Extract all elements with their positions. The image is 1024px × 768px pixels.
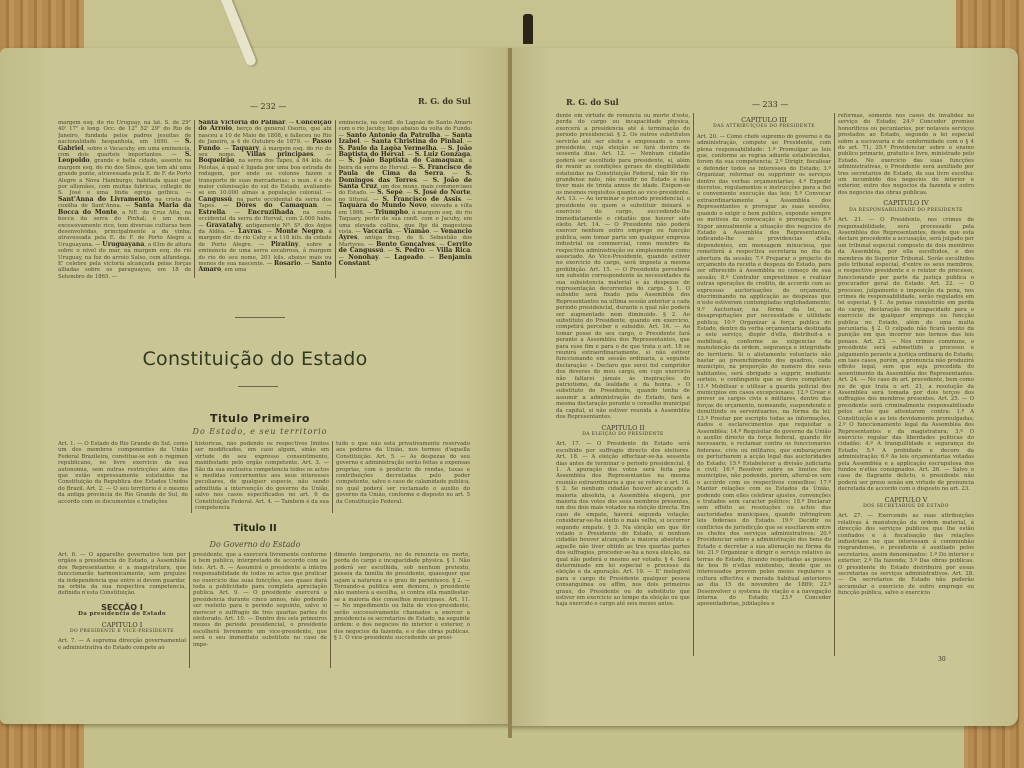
place-name: Vaccaria	[363, 228, 392, 235]
titulo-primeiro-columns: Art. 1. — O Estado do Rio Grande do Sul,…	[58, 441, 472, 513]
body-text: , a 63m de altura sobre o nivel do mar, …	[58, 242, 191, 278]
place-name: Encruzilhada	[248, 209, 294, 216]
titulo-primeiro-heading: Titulo Primeiro	[160, 412, 360, 425]
divider-rule	[235, 317, 285, 318]
art-6-text: Art. 6. — O apparelho governativo tem po…	[58, 552, 186, 597]
chapter-heading: CAPITULO II	[556, 425, 690, 431]
article-text: dente em virtude de renuncia ou morte d'…	[556, 113, 690, 421]
body-text: . —	[423, 255, 438, 261]
place-name: Cangussú	[198, 196, 232, 203]
place-name: Boqueirão	[198, 157, 234, 164]
body-text: . —	[461, 197, 472, 203]
article-text: Art. 27. — Exercendo as suas attribuiçõe…	[838, 513, 974, 596]
signature-mark: 30	[938, 656, 946, 663]
left-top-column-1: margem esq. do rio Uruguay, na lat. S. d…	[58, 120, 194, 278]
titulo-ii-column-2: presidente, que a exercerá livremente co…	[189, 552, 330, 668]
body-text: . —	[261, 229, 275, 235]
body-text: . —	[220, 146, 231, 152]
chapter-heading: CAPITULO IV	[838, 200, 974, 206]
place-name: Monte Negro	[275, 228, 323, 235]
chapter-heading: CAPITULO V	[838, 497, 974, 503]
chapter-heading: CAPITULO III	[697, 117, 831, 123]
place-name: Triumpho	[374, 209, 408, 216]
place-name: Uruguayana	[102, 241, 144, 248]
right-column-3: reformas, sómente nos casos de invalidez…	[834, 113, 974, 656]
body-text: . —	[317, 203, 332, 209]
chapter-subtitle: DA ELEIÇÃO DO PRESIDENTE	[556, 432, 690, 438]
titulo-ii-column-1: Art. 6. — O apparelho governativo tem po…	[58, 552, 189, 668]
body-text: . —	[392, 229, 403, 235]
left-top-columns: margem esq. do rio Uruguay, na lat. S. d…	[58, 120, 472, 278]
place-name: Estrella	[198, 209, 225, 216]
chapter-subtitle: DA RESPONSABILIDADE DO PRESIDENTE	[838, 208, 974, 214]
binder-clip	[523, 14, 533, 44]
left-running-head: R. G. do Sul	[418, 96, 471, 106]
titulo-primeiro-subtitle: Do Estado, e seu territorio	[160, 427, 360, 436]
capitulo-i-heading: CAPITULO I	[58, 622, 186, 628]
titulo-ii-subtitle: Do Governo do Estado	[170, 540, 340, 549]
body-text: . —	[425, 248, 437, 254]
place-name: Rosario	[274, 260, 301, 267]
art-7-text: Art. 7. — A suprema direcção governament…	[58, 638, 186, 651]
seccao-subtitle: Da presidencia do Estado	[58, 611, 186, 617]
body-text: . —	[379, 255, 394, 261]
titulo-primeiro-column-1: Art. 1. — O Estado do Rio Grande do Sul,…	[58, 441, 191, 513]
left-top-column-3: eminencia, na confl. do Lagoão de Santo …	[335, 120, 472, 278]
titulo-ii-column-3: dimento temporario, no de renuncia ou mo…	[330, 552, 470, 668]
chapter-subtitle: DAS ATTRIBUIÇÕES DO PRESIDENTE	[697, 124, 831, 130]
place-name: Lageado	[394, 254, 423, 261]
capitulo-i-subtitle: DO PRESIDENTE E VICE-PRESIDENTE	[58, 629, 186, 635]
constitution-title: Constituição do Estado	[110, 348, 400, 370]
right-page-number: — 233 —	[752, 100, 788, 109]
divider-rule	[238, 386, 278, 387]
place-name: Piratiny	[271, 241, 299, 248]
article-text: Art. 21. — O Presidente, nos crimes de r…	[838, 217, 974, 492]
body-text: . —	[429, 229, 440, 235]
titulo-primeiro-column-3: tudo o que não está privativamente reser…	[332, 441, 470, 513]
book-gutter	[508, 48, 512, 738]
right-column-1: dente em virtude de renuncia ou morte d'…	[556, 113, 693, 656]
titulo-ii-columns: Art. 6. — O apparelho governativo tem po…	[58, 552, 472, 668]
article-text: Art. 20. — Como chefe supremo do governo…	[697, 134, 831, 608]
body-text: , em uma	[221, 267, 246, 273]
right-running-head: R. G. do Sul	[566, 97, 619, 107]
right-column-2: CAPITULO IIIDAS ATTRIBUIÇÕES DO PRESIDEN…	[693, 113, 834, 656]
body-text: . —	[225, 210, 247, 216]
body-text: , grande e bella cidade, assente na marg…	[58, 158, 191, 196]
chapter-subtitle: DOS SECRETARIOS DE ESTADO	[838, 504, 974, 510]
left-page-number: — 232 —	[250, 102, 286, 111]
titulo-primeiro-column-2: historicas, não podendo os respectivos l…	[191, 441, 332, 513]
body-text: , na serra dos Tapes, á 84 kils. de Pelo…	[198, 158, 331, 196]
body-text: margem esq. do rio Uruguay, na lat. S. d…	[58, 120, 191, 145]
right-columns: dente em virtude de renuncia ou morte d'…	[556, 113, 974, 656]
article-text: Art. 17. — O Presidente do Estado será e…	[556, 441, 690, 608]
place-name: Viamão	[404, 228, 430, 235]
article-text: reformas, sómente nos casos de invalidez…	[838, 113, 974, 196]
left-top-column-2: Santa Victoria do Palmar. — Conceição do…	[194, 120, 334, 278]
body-text: . —	[417, 178, 433, 184]
body-text: . —	[301, 261, 312, 267]
place-name: Lavras	[238, 228, 261, 235]
titulo-ii-heading: Titulo II	[170, 523, 340, 534]
place-name: Villas principaes	[247, 151, 314, 158]
place-name: Gravatahy	[206, 222, 241, 229]
body-text: .	[370, 261, 372, 267]
